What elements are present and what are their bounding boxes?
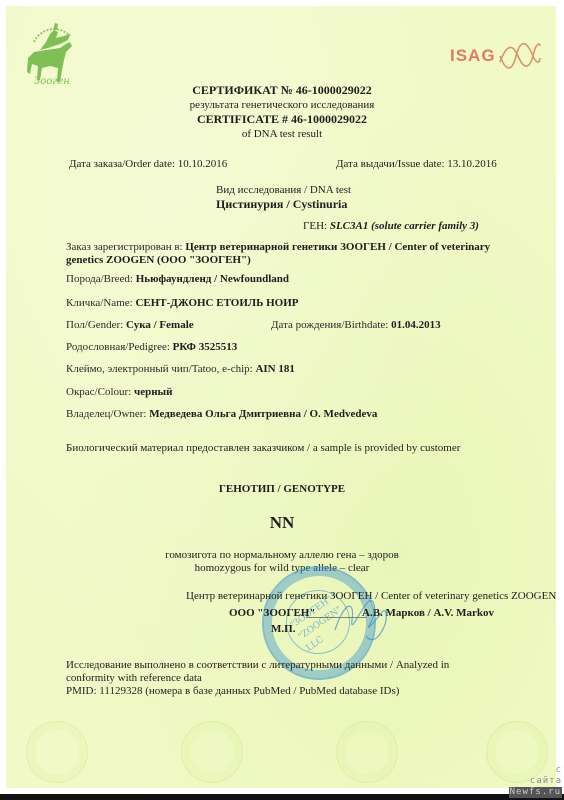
colour-field: Окрас/Colour: черный (66, 386, 172, 399)
gender-label: Пол/Gender: (66, 319, 123, 331)
gene-value: SLC3A1 (solute carrier family 3) (330, 220, 479, 232)
background-rosette (336, 721, 398, 783)
background-rosette (26, 721, 88, 783)
gene-label: ГЕН: (303, 220, 327, 232)
certificate-title-ru: СЕРТИФИКАТ № 46-1000029022 (0, 84, 564, 97)
owner-label: Владелец/Owner: (66, 408, 147, 420)
watermark-line1: с (509, 765, 562, 776)
registered-label: Заказ зарегистрирован в: (66, 241, 183, 253)
breed-field: Порода/Breed: Ньюфаундленд / Newfoundlan… (66, 273, 289, 286)
breed-value: Ньюфаундленд / Newfoundland (136, 273, 289, 285)
site-watermark: с сайта Newfs.ru (509, 765, 562, 798)
order-date-value: 10.10.2016 (178, 158, 228, 170)
genotype-heading: ГЕНОТИП / GENOTYPE (0, 483, 564, 496)
chip-value: AIN 181 (255, 363, 294, 375)
gender-field: Пол/Gender: Сука / Female (66, 319, 194, 332)
birthdate-label: Дата рождения/Birthdate: (271, 319, 388, 331)
reference-line1: Исследование выполнено в соответствии с … (66, 659, 449, 672)
chip-field: Клеймо, электронный чип/Tatoo, e-chip: A… (66, 363, 295, 376)
reference-pmid: PMID: 11129328 (номера в базе данных Pub… (66, 685, 399, 698)
pedigree-label: Родословная/Pedigree: (66, 341, 170, 353)
reference-line2: conformity with reference data (66, 672, 202, 685)
signature-org: ООО "ЗООГЕН" (229, 607, 315, 620)
issue-date-label: Дата выдачи/Issue date: (336, 158, 445, 170)
owner-field: Владелец/Owner: Медведева Ольга Дмитриев… (66, 408, 377, 421)
owner-value: Медведева Ольга Дмитриевна / O. Medvedev… (149, 408, 377, 420)
watermark-line2: сайта (509, 776, 562, 787)
issue-date: Дата выдачи/Issue date: 13.10.2016 (336, 158, 497, 171)
chip-label: Клеймо, электронный чип/Tatoo, e-chip: (66, 363, 253, 375)
certificate-title-en: CERTIFICATE # 46-1000029022 (0, 113, 564, 126)
breed-label: Порода/Breed: (66, 273, 133, 285)
certificate-subtitle-ru: результата генетического исследования (0, 99, 564, 112)
genotype-value: NN (0, 513, 564, 532)
birthdate-field: Дата рождения/Birthdate: 01.04.2013 (271, 319, 441, 332)
order-date: Дата заказа/Order date: 10.10.2016 (69, 158, 227, 171)
colour-label: Окрас/Colour: (66, 386, 131, 398)
name-label: Кличка/Name: (66, 297, 133, 309)
footer-bar (0, 794, 564, 800)
test-type-label: Вид исследования / DNA test (216, 184, 351, 197)
gender-value: Сука / Female (126, 319, 194, 331)
pedigree-field: Родословная/Pedigree: РКФ 3525513 (66, 341, 237, 354)
registered-line1: Заказ зарегистрирован в: Центр ветеринар… (66, 241, 490, 254)
background-rosette (181, 721, 243, 783)
pedigree-value: РКФ 3525513 (173, 341, 238, 353)
certificate-subtitle-en: of DNA test result (0, 128, 564, 141)
registered-value: Центр ветеринарной генетики ЗООГЕН / Cen… (185, 241, 490, 253)
dna-helix-icon (496, 36, 542, 76)
watermark-site-link[interactable]: Newfs.ru (509, 787, 562, 798)
isag-logo: ISAG (450, 36, 542, 76)
seal-mark: М.П. (271, 623, 295, 636)
genotype-description-en: homozygous for wild type allele – clear (0, 562, 564, 575)
genotype-description-ru: гомозигота по нормальному аллелю гена – … (0, 549, 564, 562)
name-value: СЕНТ-ДЖОНС ЕТОИЛЬ НОИР (135, 297, 298, 309)
isag-logo-text: ISAG (450, 46, 496, 66)
gene-info: ГЕН: SLC3A1 (solute carrier family 3) (303, 220, 479, 233)
sample-note: Биологический материал предоставлен зака… (66, 442, 460, 455)
test-name: Цистинурия / Cystinuria (216, 198, 347, 211)
signature-scribble-icon (330, 590, 400, 650)
name-field: Кличка/Name: СЕНТ-ДЖОНС ЕТОИЛЬ НОИР (66, 297, 299, 310)
colour-value: черный (134, 386, 172, 398)
order-date-label: Дата заказа/Order date: (69, 158, 175, 170)
issue-date-value: 13.10.2016 (447, 158, 497, 170)
registered-line2: genetics ZOOGEN (ООО "ЗООГЕН") (66, 254, 251, 267)
birthdate-value: 01.04.2013 (391, 319, 441, 331)
